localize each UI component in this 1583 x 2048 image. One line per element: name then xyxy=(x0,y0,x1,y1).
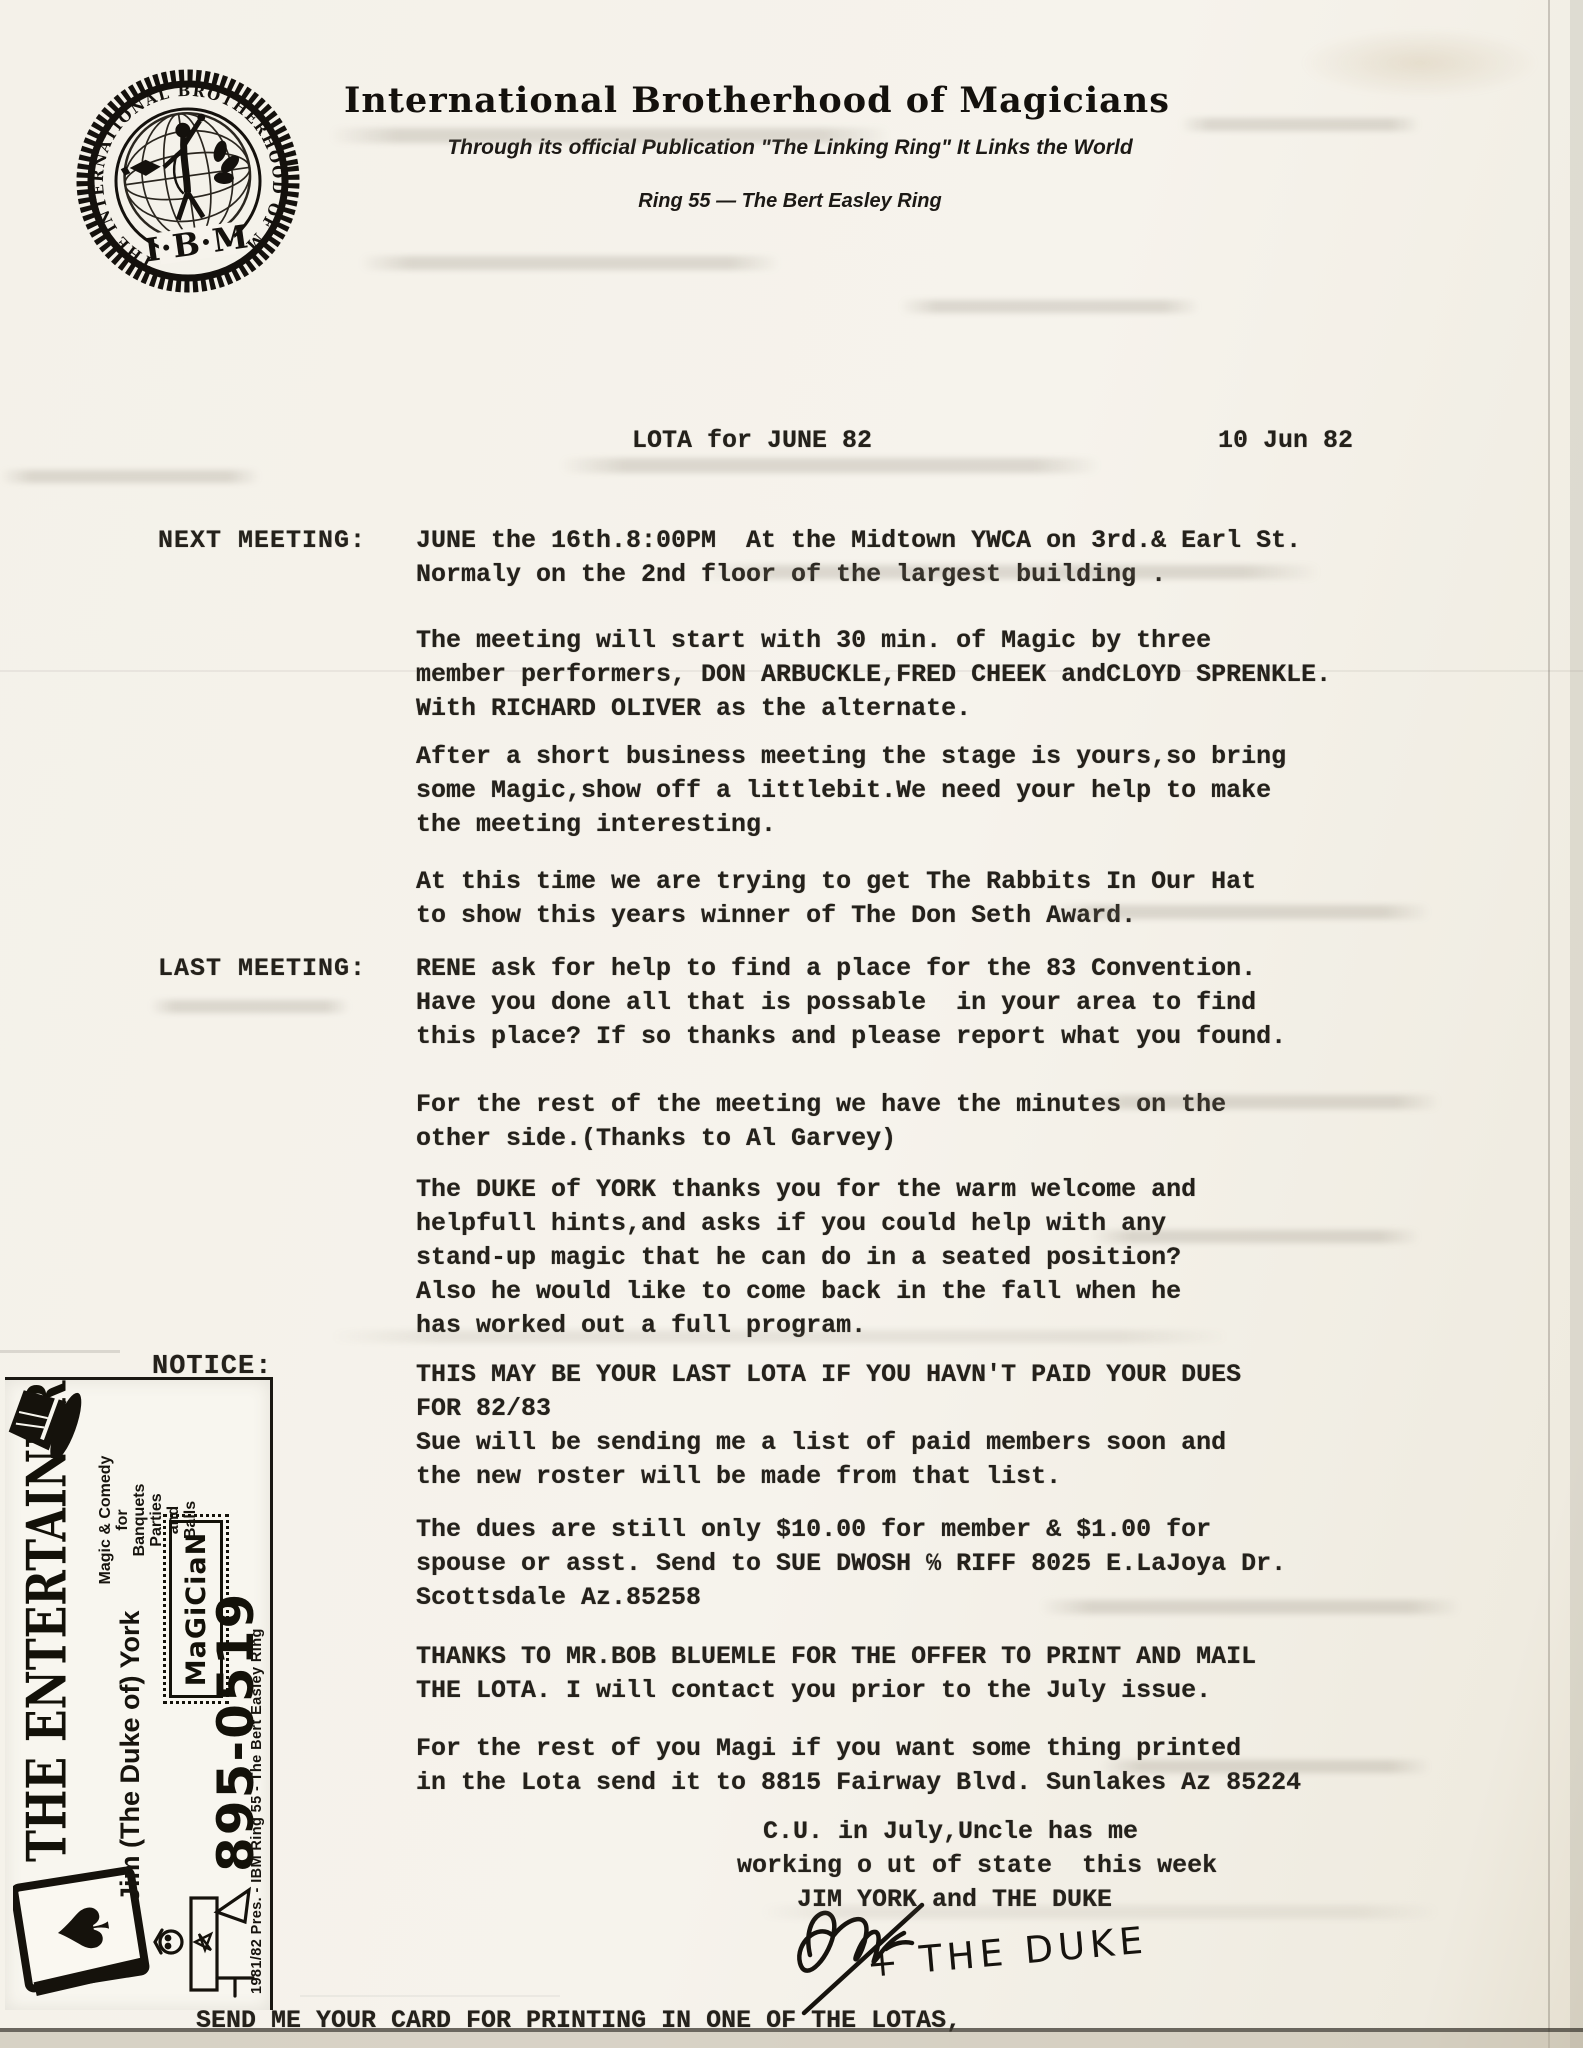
ghost-smudge xyxy=(150,1000,350,1013)
card-footer-line: 1981/82 Pres. - IBM Ring 55 - The Bert E… xyxy=(249,1628,265,1994)
paragraph: RENE ask for help to find a place for th… xyxy=(416,952,1286,1054)
page-edge-shadow xyxy=(1570,0,1583,2048)
ghost-smudge xyxy=(560,458,1100,473)
ghost-smudge xyxy=(1090,1230,1420,1243)
ghost-smudge xyxy=(330,128,890,143)
ghost-smudge xyxy=(1100,1760,1430,1773)
page-edge-line xyxy=(1548,0,1550,2048)
ghost-smudge xyxy=(330,1330,1230,1343)
ghost-smudge xyxy=(1180,118,1420,131)
ghost-smudge xyxy=(700,565,1320,579)
letterhead-ring-line: Ring 55 — The Bert Easley Ring xyxy=(345,190,1235,213)
paragraph: THIS MAY BE YOUR LAST LOTA IF YOU HAVN'T… xyxy=(416,1358,1241,1494)
crease-line xyxy=(0,1350,120,1353)
issue-title: LOTA for JUNE 82 xyxy=(632,424,872,458)
ghost-smudge xyxy=(1080,1095,1440,1109)
crease-line xyxy=(300,1995,560,1997)
business-card-face: ♠ THE ENTERTAINER xyxy=(5,1377,273,2010)
seal-monogram: I·B·M xyxy=(142,217,251,269)
top-hat-icon xyxy=(5,1380,89,1458)
ghost-smudge xyxy=(0,470,260,483)
ghost-smudge xyxy=(760,1905,1440,1919)
ibm-seal-logo: THE INTERNATIONAL BROTHERHOOD OF MAGICIA… xyxy=(72,52,304,312)
paragraph: After a short business meeting the stage… xyxy=(416,740,1286,842)
ghost-smudge xyxy=(900,300,1200,313)
ghost-smudge xyxy=(1050,905,1430,919)
section-label-next-meeting: NEXT MEETING: xyxy=(158,524,366,558)
bottom-edge-band xyxy=(0,2032,1583,2048)
paragraph: THANKS TO MR.BOB BLUEMLE FOR THE OFFER T… xyxy=(416,1640,1256,1708)
stain xyxy=(1300,28,1540,98)
closing-line: C.U. in July,Uncle has me xyxy=(763,1815,1138,1849)
section-label-last-meeting: LAST MEETING: xyxy=(158,952,366,986)
paragraph: JUNE the 16th.8:00PM At the Midtown YWCA… xyxy=(416,524,1301,592)
business-card: ♠ THE ENTERTAINER xyxy=(5,1380,270,2010)
signature-note-text: + THE DUKE xyxy=(865,1919,1149,1986)
svg-text:♠: ♠ xyxy=(39,1891,130,1966)
crease-line xyxy=(0,670,1583,672)
scanned-newsletter-page: THE INTERNATIONAL BROTHERHOOD OF MAGICIA… xyxy=(0,0,1583,2048)
ghost-smudge xyxy=(360,256,780,270)
ghost-smudge xyxy=(1040,1600,1460,1614)
card-headline: THE ENTERTAINER xyxy=(15,1413,79,1862)
paragraph: The DUKE of YORK thanks you for the warm… xyxy=(416,1173,1196,1343)
paragraph: At this time we are trying to get The Ra… xyxy=(416,865,1256,933)
card-person-name: Jim (The Duke of) York xyxy=(115,1610,146,1902)
closing-line: working o ut of state this week xyxy=(737,1849,1217,1883)
issue-date: 10 Jun 82 xyxy=(1218,424,1353,458)
letterhead-title: International Brotherhood of Magicians xyxy=(312,80,1202,121)
paragraph: The meeting will start with 30 min. of M… xyxy=(416,624,1331,726)
